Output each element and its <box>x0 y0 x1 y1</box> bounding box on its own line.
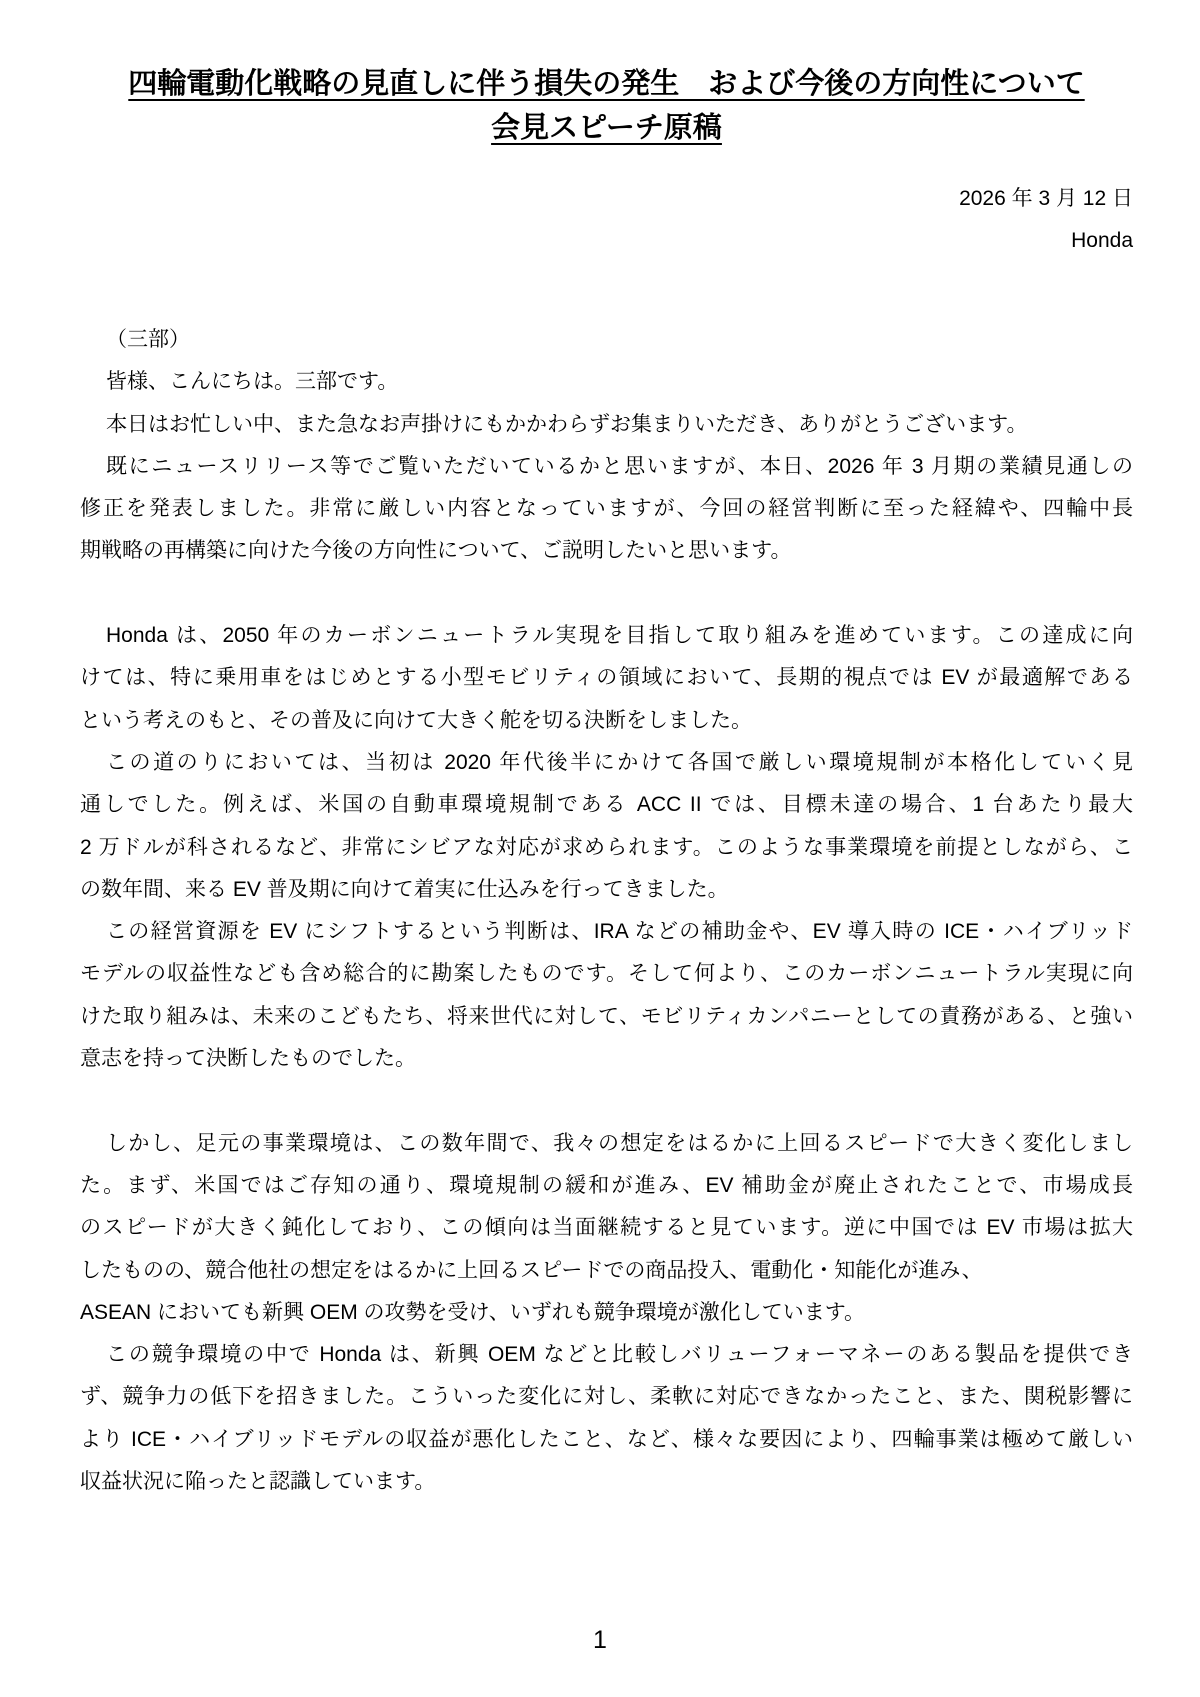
body-line: （三部） <box>80 319 1133 361</box>
body-line: しかし、足元の事業環境は、この数年間で、我々の想定をはるかに上回るスピードで大き… <box>80 1123 1133 1165</box>
document-body: （三部）皆様、こんにちは。三部です。本日はお忙しい中、また急なお声掛けにもかかわ… <box>80 319 1133 1503</box>
blank-line <box>80 1080 1133 1122</box>
body-line: という考えのもと、その普及に向けて大きく舵を切る決断をしました。 <box>80 700 1133 742</box>
body-line: この道のりにおいては、当初は 2020 年代後半にかけて各国で厳しい環境規制が本… <box>80 742 1133 784</box>
body-line: 通しでした。例えば、米国の自動車環境規制である ACC II では、目標未達の場… <box>80 784 1133 826</box>
body-line: 本日はお忙しい中、また急なお声掛けにもかかわらずお集まりいただき、ありがとうござ… <box>80 404 1133 446</box>
body-line: 既にニュースリリース等でご覧いただいているかと思いますが、本日、2026 年 3… <box>80 446 1133 488</box>
body-line: 期戦略の再構築に向けた今後の方向性について、ご説明したいと思います。 <box>80 530 1133 572</box>
body-line: より ICE・ハイブリッドモデルの収益が悪化したこと、など、様々な要因により、四… <box>80 1419 1133 1461</box>
document-date: 2026 年 3 月 12 日 <box>80 178 1133 220</box>
body-line: Honda は、2050 年のカーボンニュートラル実現を目指して取り組みを進めて… <box>80 615 1133 657</box>
body-line: 意志を持って決断したものでした。 <box>80 1038 1133 1080</box>
body-line: の数年間、来る EV 普及期に向けて着実に仕込みを行ってきました。 <box>80 869 1133 911</box>
body-line: ASEAN においても新興 OEM の攻勢を受け、いずれも競争環境が激化していま… <box>80 1292 1133 1334</box>
body-line: この経営資源を EV にシフトするという判断は、IRA などの補助金や、EV 導… <box>80 911 1133 953</box>
body-line: 修正を発表しました。非常に厳しい内容となっていますが、今回の経営判断に至った経緯… <box>80 488 1133 530</box>
blank-line <box>80 573 1133 615</box>
title-line-1: 四輪電動化戦略の見直しに伴う損失の発生 および今後の方向性について <box>80 62 1133 106</box>
page-number: 1 <box>0 1620 1200 1660</box>
title-line-2: 会見スピーチ原稿 <box>80 106 1133 150</box>
body-line: ず、競争力の低下を招きました。こういった変化に対し、柔軟に対応できなかったこと、… <box>80 1376 1133 1418</box>
body-line: したものの、競合他社の想定をはるかに上回るスピードでの商品投入、電動化・知能化が… <box>80 1250 1133 1292</box>
document-company: Honda <box>80 220 1133 262</box>
body-line: けては、特に乗用車をはじめとする小型モビリティの領域において、長期的視点では E… <box>80 657 1133 699</box>
document-page: 四輪電動化戦略の見直しに伴う損失の発生 および今後の方向性について 会見スピーチ… <box>0 0 1200 1697</box>
body-line: 収益状況に陥ったと認識しています。 <box>80 1461 1133 1503</box>
body-line: この競争環境の中で Honda は、新興 OEM などと比較しバリューフォーマネ… <box>80 1334 1133 1376</box>
body-line: けた取り組みは、未来のこどもたち、将来世代に対して、モビリティカンパニーとしての… <box>80 996 1133 1038</box>
body-line: のスピードが大きく鈍化しており、この傾向は当面継続すると見ています。逆に中国では… <box>80 1207 1133 1249</box>
document-meta: 2026 年 3 月 12 日 Honda <box>80 178 1133 263</box>
document-title: 四輪電動化戦略の見直しに伴う損失の発生 および今後の方向性について 会見スピーチ… <box>80 62 1133 150</box>
body-line: モデルの収益性なども含め総合的に勘案したものです。そして何より、このカーボンニュ… <box>80 953 1133 995</box>
body-line: 2 万ドルが科されるなど、非常にシビアな対応が求められます。このような事業環境を… <box>80 827 1133 869</box>
body-line: 皆様、こんにちは。三部です。 <box>80 361 1133 403</box>
body-line: た。まず、米国ではご存知の通り、環境規制の緩和が進み、EV 補助金が廃止されたこ… <box>80 1165 1133 1207</box>
